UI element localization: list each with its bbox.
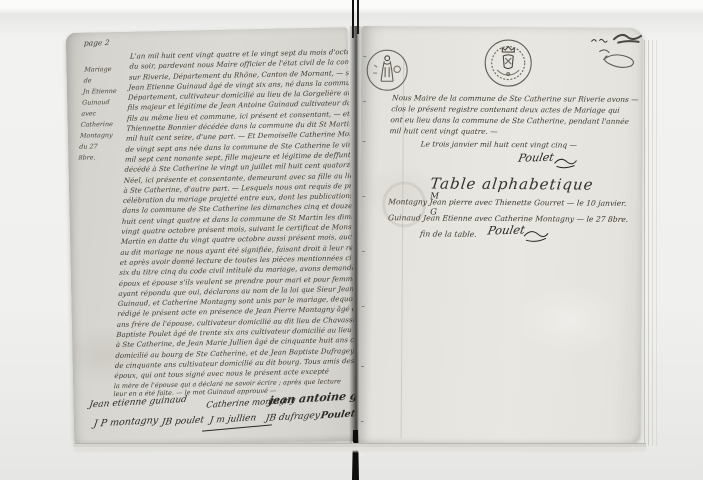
table-entry: Montagny Jean pierre avec Thienette Gour…	[388, 197, 644, 208]
margin-note-line: Montagny	[80, 130, 121, 142]
margin-note-line: Catherine	[80, 119, 121, 131]
right-page: Nous Maire de la commune de Ste Catherin…	[359, 26, 644, 446]
margin-note-line: avec	[81, 108, 122, 120]
signature-witness-jullien: J m jullien	[209, 413, 257, 426]
signature-witness-poulet: JB poulet	[161, 415, 205, 427]
page-fore-edge	[644, 40, 645, 446]
scanned-register-photo: page 2 Mariage de Jn Etienne Guinaud ave…	[0, 0, 703, 480]
paraphe-flourish	[552, 155, 578, 169]
register-closing-statement: Nous Maire de la commune de Ste Catherin…	[389, 92, 642, 138]
page-fore-edge	[656, 40, 657, 446]
signature-mayor-closing: Poulet	[517, 151, 555, 165]
margin-note-line: Mariage	[84, 64, 125, 76]
margin-note-line: du 27	[79, 141, 120, 153]
marriage-act-text: L'an mil huit cent vingt quatre et le vi…	[113, 47, 356, 399]
margin-note-line: 8bre.	[78, 152, 119, 164]
paraphe-flourish	[522, 227, 550, 243]
underpage-text-marks	[360, 46, 368, 436]
closing-line: mil huit cent vingt quatre. —	[389, 125, 640, 138]
left-page: page 2 Mariage de Jn Etienne Guinaud ave…	[66, 27, 357, 447]
closing-date-line: Le trois janvier mil huit cent vingt cin…	[420, 139, 577, 149]
margin-note: Mariage de Jn Etienne Guinaud avec Cathe…	[78, 64, 125, 164]
margin-note-line: de	[83, 75, 124, 87]
pen-flourish	[587, 30, 643, 82]
standing-figure-stamp	[364, 47, 410, 93]
page-fore-edge	[648, 40, 649, 446]
book-bottom-edge	[74, 443, 646, 453]
margin-note-line: Guinaud	[82, 97, 123, 109]
signature-groom: Jean etienne guinaud	[88, 395, 187, 410]
table-end-note: fin de la table.	[420, 229, 478, 238]
crowned-seal-stamp	[482, 37, 534, 89]
signature-mayor-table: Poulet	[487, 223, 527, 238]
page-fore-edge	[652, 40, 653, 446]
table-heading: Table alphabetique	[429, 175, 594, 194]
page-number-label: page 2	[84, 38, 110, 48]
signature-witness-montagny: J P montagny	[93, 415, 159, 430]
signature-witness-dufragey: JB dufragey	[265, 411, 321, 424]
margin-note-line: Jn Etienne	[82, 86, 123, 98]
